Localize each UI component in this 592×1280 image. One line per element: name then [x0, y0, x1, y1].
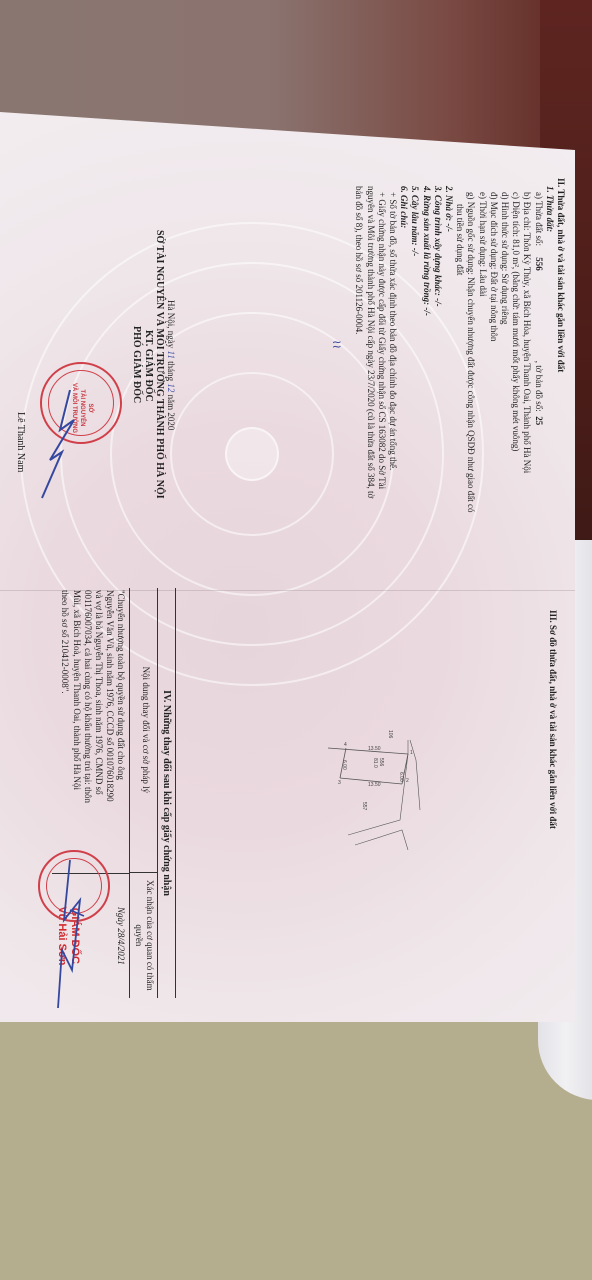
initials-mark: ≀≀: [331, 340, 342, 349]
svg-text:2: 2: [406, 778, 409, 784]
notes-heading: 6. Ghi chú:: [398, 178, 409, 512]
use-purpose-row: đ) Mục đích sử dụng: Đất ở tại nông thôn: [488, 178, 499, 512]
note-line: bản đồ số 8), theo hồ sơ số 201126-0004.: [353, 178, 364, 512]
origin-row-cont: thu tiền sử dụng đất: [454, 178, 465, 512]
position-title: PHÓ GIÁM ĐỐC: [131, 230, 142, 490]
drum-watermark-star: [225, 427, 279, 481]
issue-day: 11: [166, 351, 176, 359]
svg-text:3: 3: [338, 780, 341, 786]
confirm-date: Ngày 28/4/2021: [115, 878, 126, 994]
change-content: "Chuyển nhượng toàn bộ quyền sử dụng đất…: [52, 588, 129, 874]
change-line: 001176007034, cả hai cùng có hộ khẩu thư…: [82, 590, 93, 871]
agency-name: SỞ TÀI NGUYÊN VÀ MÔI TRƯỜNG THÀNH PHỐ HÀ…: [154, 230, 165, 490]
change-line: và vợ là bà Nguyễn Thị Thoa, sinh năm 19…: [93, 590, 104, 871]
use-term-row: e) Thời hạn sử dụng: Lâu dài: [476, 178, 487, 512]
svg-text:6.00: 6.00: [398, 772, 404, 782]
section-ii-heading: II. Thửa đất, nhà ở và tài sản khác gắn …: [555, 178, 566, 512]
svg-text:557: 557: [361, 802, 367, 811]
address-row: b) Địa chỉ: Thôn Kỳ Thủy, xã Bích Hòa, h…: [521, 178, 532, 512]
date-prefix: Hà Nội, ngày: [166, 300, 176, 348]
issue-month: 12: [166, 383, 176, 392]
month-label: tháng: [166, 361, 176, 381]
origin-row: g) Nguồn gốc sử dụng: Nhận chuyển nhượng…: [465, 178, 476, 512]
section-iv-heading: IV. Những thay đổi sau khi cấp giấy chứn…: [157, 588, 176, 998]
area-row: c) Diện tích: 81,0 m², (bằng chữ: tám mư…: [510, 178, 521, 512]
note-line: + Số tờ bản đồ, số thửa xác định theo bả…: [387, 178, 398, 512]
signature-director: [40, 390, 80, 500]
svg-text:6.00: 6.00: [341, 760, 347, 770]
svg-text:4: 4: [344, 742, 347, 748]
other-works-row: 3. Công trình xây dựng khác: -/-: [432, 178, 443, 512]
section-ii: II. Thửa đất, nhà ở và tài sản khác gắn …: [353, 178, 566, 512]
svg-text:1: 1: [410, 750, 413, 756]
svg-text:13.50: 13.50: [368, 782, 381, 788]
land-heading: 1. Thửa đất:: [544, 178, 555, 512]
use-form-row: d) Hình thức sử dụng: Sử dụng riêng: [499, 178, 510, 512]
note-line: nguyên và Môi trường thành phố Hà Nội cấ…: [364, 178, 375, 512]
parcel-row: a) Thửa đất số: 556, tờ bản đồ số: 25: [532, 178, 543, 512]
change-line: Mũi, xã Bích Hoà, huyện Thanh Oai, thành…: [70, 590, 81, 871]
house-row: 2. Nhà ở: -/-: [443, 178, 454, 512]
svg-text:13.50: 13.50: [368, 746, 381, 752]
parcel-label: a) Thửa đất số:: [534, 192, 544, 246]
parcel-number: 556: [534, 257, 544, 271]
signer-name: Lê Thanh Nam: [15, 412, 26, 472]
svg-text:106: 106: [387, 730, 393, 739]
signature-confirm: [50, 860, 90, 1010]
change-line: "Chuyển nhượng toàn bộ quyền sử dụng đất…: [115, 590, 126, 871]
section-iii-heading: III. Sơ đồ thửa đất, nhà ở và tài sản kh…: [547, 610, 558, 829]
kt-title: KT. GIÁM ĐỐC: [142, 230, 153, 490]
note-line: + Giấy chứng nhận này được cấp đổi từ Gi…: [376, 178, 387, 512]
map-sheet-number: 25: [534, 416, 544, 425]
issue-date: Hà Nội, ngày 11 tháng 12 năm 2020: [165, 230, 176, 490]
col-confirm-header: Xác nhận của cơ quan có thẩm quyền: [130, 873, 156, 998]
svg-text:81.0: 81.0: [372, 758, 378, 768]
change-line: Nguyễn Văn Vũ, sinh năm 1976, CCCD số 00…: [104, 590, 115, 871]
col-content-header: Nội dung thay đổi và cơ sở pháp lý: [130, 588, 156, 873]
change-line: theo hồ sơ số 210412-0008".: [59, 590, 70, 871]
perennial-row: 5. Cây lâu năm: -/-: [409, 178, 420, 512]
map-sheet-label: , tờ bản đồ số:: [534, 361, 544, 412]
parcel-sketch: 13.50 13.50 6.00 6.00 556 81.0 106 557 1…: [320, 650, 440, 850]
forest-row: 4. Rừng sản xuất là rừng trồng: -/-: [420, 178, 431, 512]
signature-block: Hà Nội, ngày 11 tháng 12 năm 2020 SỞ TÀI…: [131, 230, 176, 490]
issue-year: năm 2020: [166, 395, 176, 431]
background-floor: [0, 990, 592, 1280]
